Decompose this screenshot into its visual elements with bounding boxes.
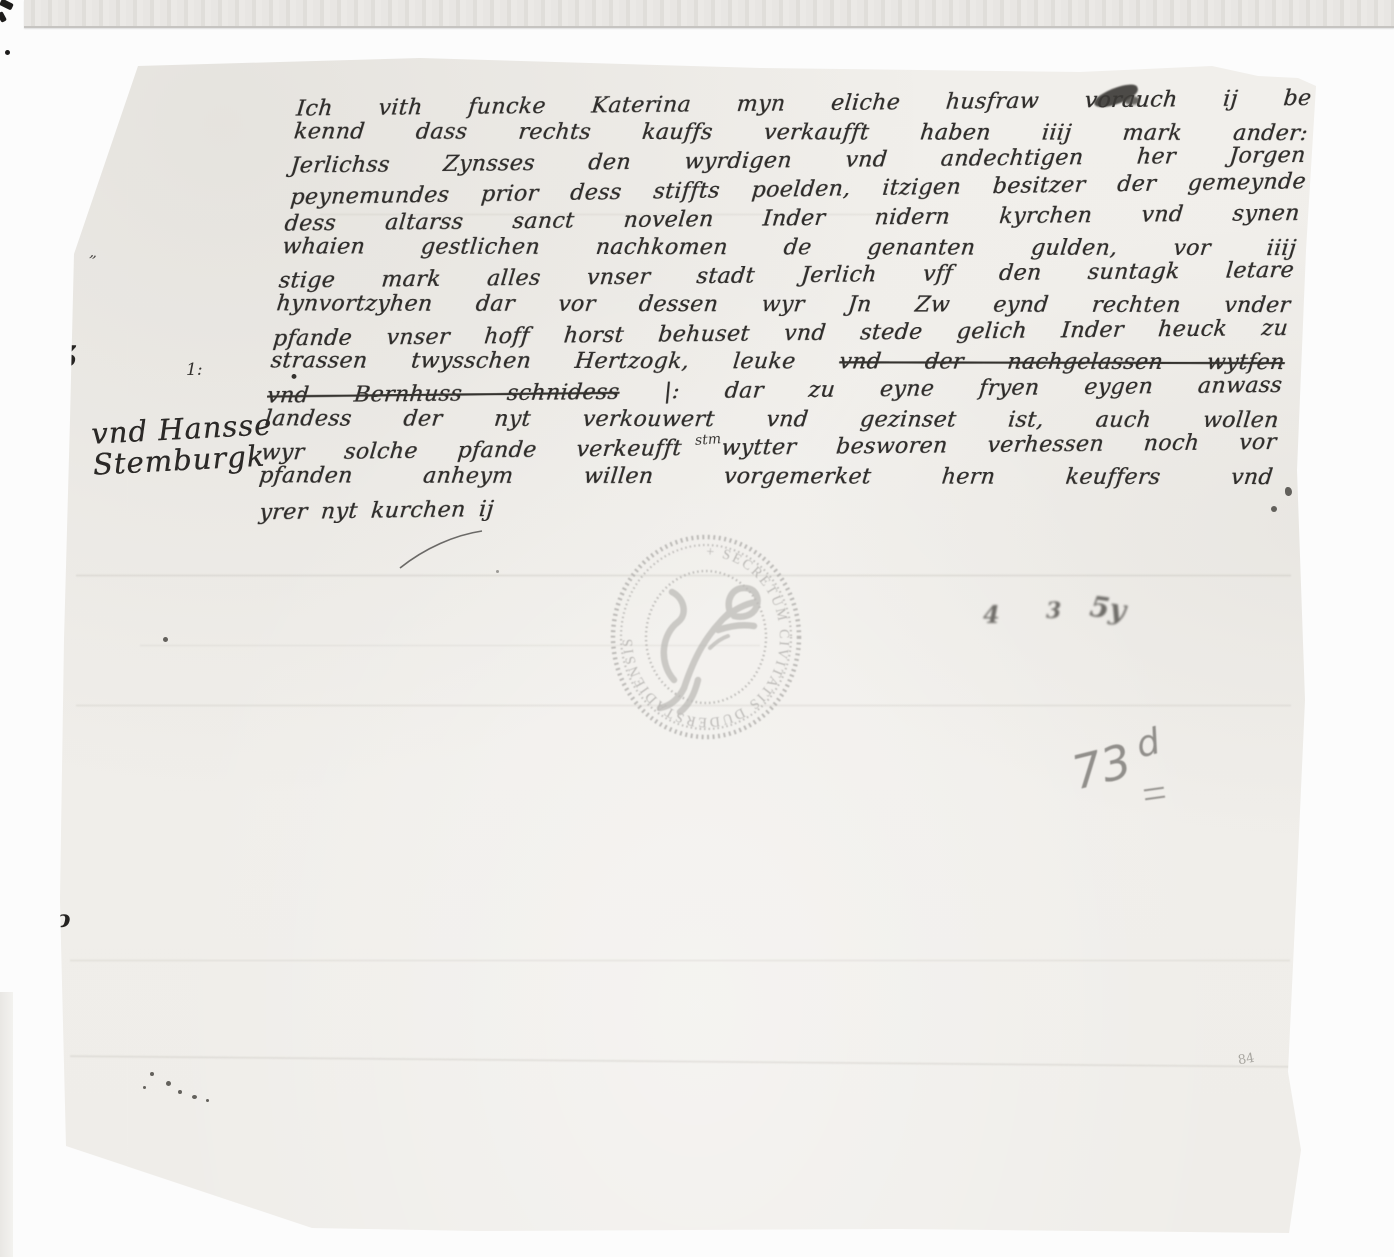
- ink-blot: [1124, 96, 1140, 105]
- scan-corner-ink-mark: [0, 11, 7, 23]
- pencil-folio-letter: d: [1132, 721, 1164, 766]
- ink-speck: [150, 1072, 154, 1076]
- manuscript-struck-text: vnd der nachgelassen wytfen: [838, 350, 1286, 376]
- ink-speck: [496, 570, 499, 573]
- manuscript-text: landess der nyt verkouwert vnd gezinset …: [263, 406, 1279, 433]
- margin-quote-mark: ”: [86, 251, 97, 270]
- margin-index-mark: 1:: [186, 360, 203, 380]
- manuscript-text: yrer nyt kurchen ij: [258, 497, 495, 525]
- manuscript-text: hynvortzyhen dar vor dessen wyr Jn Zw ey…: [275, 291, 1291, 318]
- pencil-double-underline: [1144, 787, 1165, 801]
- pencil-folio-mark: 73d: [1067, 726, 1169, 801]
- manuscript-text: stige mark alles vnser stadt Jerlich vff…: [278, 258, 1295, 294]
- manuscript-text-block: Ich vith funcke Katerina myn eliche husf…: [254, 88, 1312, 522]
- ink-speck: [192, 1095, 197, 1099]
- manuscript-text: |: dar zu eyne fryen eygen anwass: [618, 373, 1283, 405]
- ink-speck: [206, 1099, 209, 1102]
- city-seal-stamp: + SECRETUM CIVITATIS DUDERSTADIENSIS: [606, 530, 806, 744]
- manuscript-text: wyr solche pfande verkeufft wytter beswo…: [260, 430, 1277, 466]
- scan-corner-ink-mark: [0, 0, 14, 10]
- pencil-folio-number: 73: [1067, 734, 1137, 801]
- scan-corner-ink-dot: [5, 50, 10, 55]
- faint-margin-scribble: 84: [1237, 1051, 1256, 1069]
- ink-offset-mark: 5y: [1088, 590, 1128, 628]
- manuscript-text: kennd dass rechts kauffs verkaufft haben…: [293, 119, 1309, 146]
- ink-speck: [178, 1090, 182, 1094]
- manuscript-text: Ich vith funcke Katerina myn eliche husf…: [295, 86, 1312, 122]
- margin-edge-mark: ɔ: [56, 904, 71, 933]
- ink-speck: [1271, 506, 1277, 512]
- margin-note-line: Stemburgk: [92, 440, 274, 480]
- margin-edge-tick: ‚: [52, 944, 59, 968]
- ink-offset-mark: 4: [983, 600, 1000, 629]
- ink-speck: [1300, 468, 1304, 472]
- document-paper: Ich vith funcke Katerina myn eliche husf…: [0, 0, 1394, 1257]
- scanned-archival-document: { "colors": { "paper": "#f0eeea", "backg…: [0, 0, 1394, 1257]
- ink-speck: [143, 1086, 146, 1089]
- ink-speck: [163, 637, 168, 642]
- ink-offset-mark: 3: [1046, 598, 1061, 624]
- manuscript-text: strassen twysschen Hertzogk, leuke: [269, 349, 840, 375]
- manuscript-struck-text: vnd Bernhuss schnidess: [266, 380, 620, 409]
- scanner-left-edge-strip: [0, 992, 13, 1257]
- pen-flourish-stroke: [395, 526, 487, 572]
- margin-note: vnd Hansse Stemburgk: [91, 409, 275, 480]
- manuscript-line: yrer nyt kurchen ij: [254, 485, 1272, 528]
- lion-rampant-icon: [660, 588, 758, 712]
- margin-bullet-mark: •: [289, 368, 299, 388]
- manuscript-text: whaien gestlichen nachkomen de genanten …: [281, 234, 1297, 261]
- scanner-edge-band: [24, 0, 1394, 28]
- interline-insertion: stm: [694, 431, 721, 449]
- crease-line: [70, 1055, 1295, 1069]
- margin-edge-flourish: ʒ: [58, 334, 75, 369]
- margin-paren-mark: ): [54, 446, 62, 470]
- ink-speck: [166, 1081, 171, 1086]
- crease-line: [70, 959, 1290, 962]
- manuscript-text: pfande vnser hoff horst behuset vnd sted…: [272, 316, 1289, 352]
- ink-speck: [1285, 487, 1292, 496]
